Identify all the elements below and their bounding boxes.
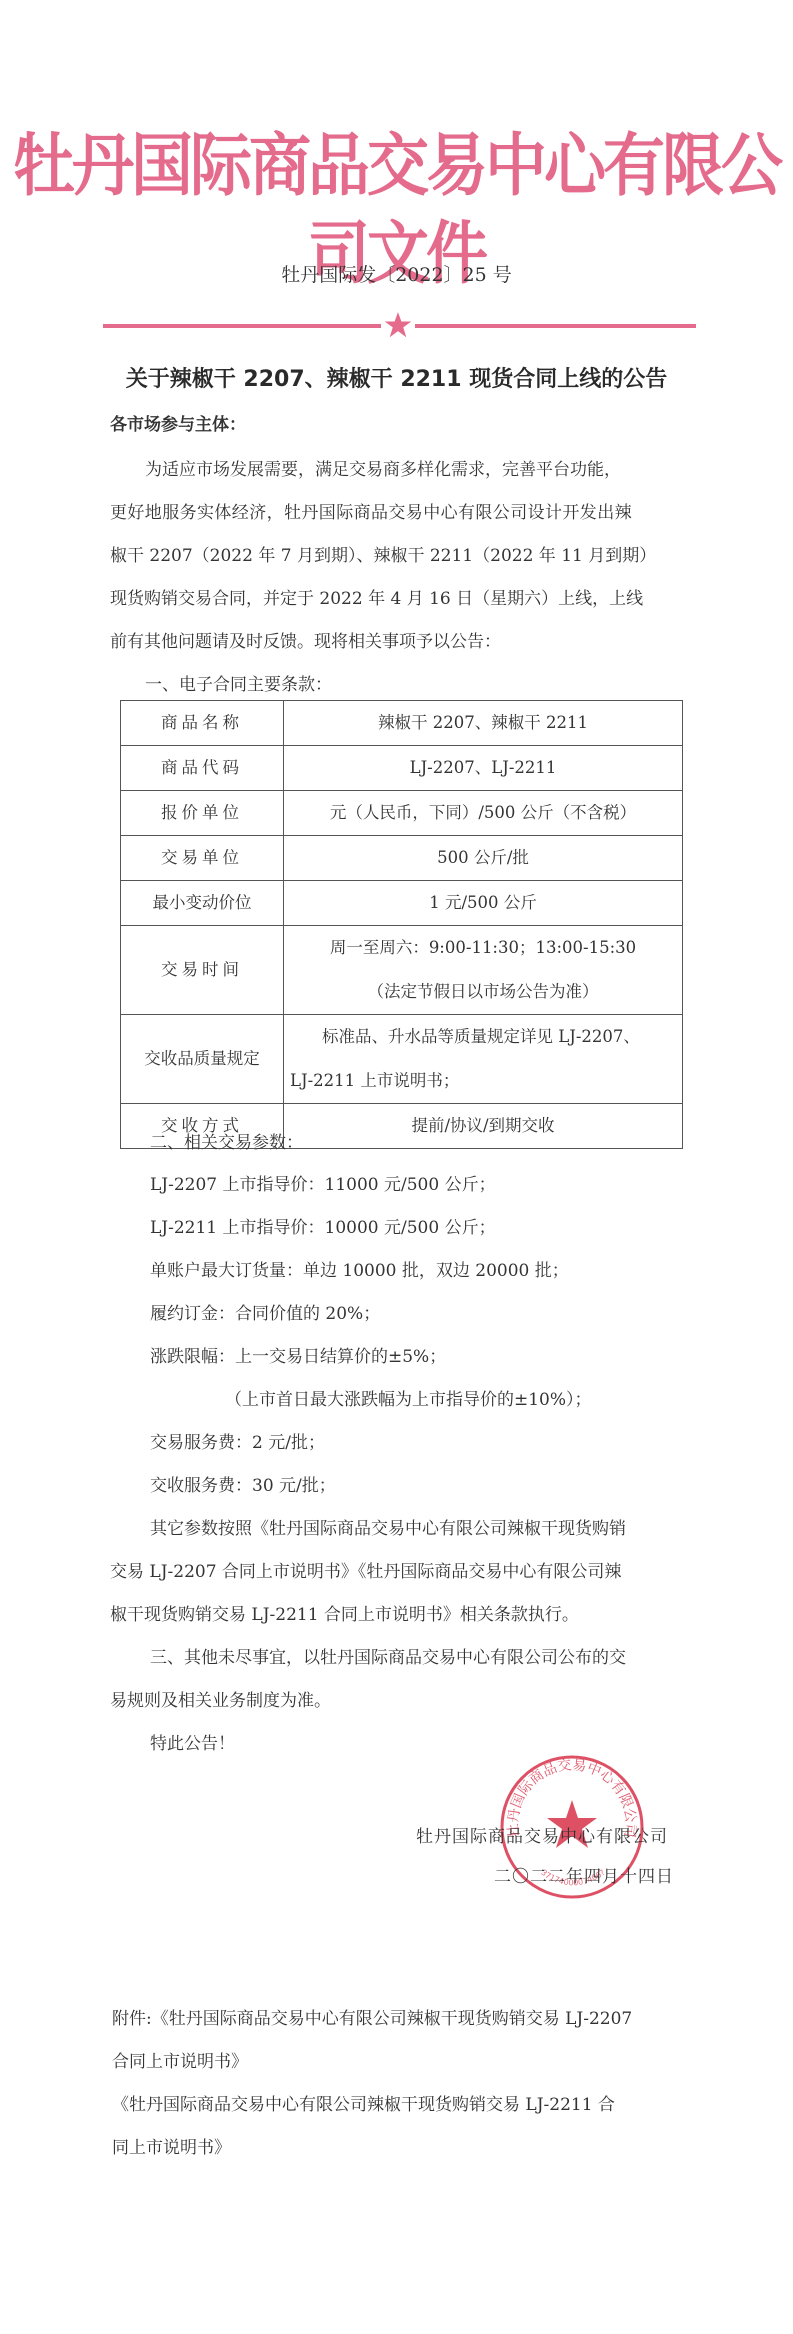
signature-date: 二〇二二年四月十四日 — [494, 1862, 674, 1887]
table-row: 交易时间 周一至周六：9:00-11:30；13:00-15:30 （法定节假日… — [121, 926, 683, 1015]
table-label: 交易时间 — [121, 926, 284, 1015]
param-item: 履约订金：合同价值的 20%； — [150, 1299, 380, 1324]
param-item: 交收服务费：30 元/批； — [150, 1471, 336, 1496]
table-label: 商品代码 — [121, 746, 284, 791]
table-label: 报价单位 — [121, 791, 284, 836]
intro-line: 前有其他问题请及时反馈。现将相关事项予以公告： — [110, 627, 501, 652]
table-label: 交易单位 — [121, 836, 284, 881]
document-number: 牡丹国际发〔2022〕25 号 — [0, 260, 793, 287]
other-params-line: 其它参数按照《牡丹国际商品交易中心有限公司辣椒干现货购销 — [150, 1514, 626, 1539]
param-item: 单账户最大订货量：单边 10000 批，双边 20000 批； — [150, 1256, 569, 1281]
attachment-line: 《牡丹国际商品交易中心有限公司辣椒干现货购销交易 LJ-2211 合 — [112, 2090, 615, 2115]
table-row: 交收品质量规定 标准品、升水品等质量规定详见 LJ-2207、 LJ-2211 … — [121, 1015, 683, 1104]
table-value-line: 周一至周六：9:00-11:30；13:00-15:30 — [290, 926, 676, 970]
param-item: LJ-2207 上市指导价：11000 元/500 公斤； — [150, 1170, 496, 1195]
other-params-line: 椒干现货购销交易 LJ-2211 合同上市说明书》相关条款执行。 — [110, 1600, 579, 1625]
param-item: 涨跌限幅：上一交易日结算价的±5%； — [150, 1342, 446, 1367]
divider-right — [415, 324, 696, 328]
closing-statement: 特此公告！ — [150, 1729, 235, 1754]
intro-line: 现货购销交易合同，并定于 2022 年 4 月 16 日（星期六）上线，上线 — [110, 584, 643, 609]
section3-line: 易规则及相关业务制度为准。 — [110, 1686, 331, 1711]
table-row: 报价单位 元（人民币，下同）/500 公斤（不含税） — [121, 791, 683, 836]
divider-left — [103, 324, 381, 328]
table-row: 交易单位 500 公斤/批 — [121, 836, 683, 881]
document-title: 关于辣椒干 2207、辣椒干 2211 现货合同上线的公告 — [0, 362, 793, 393]
table-value-line: LJ-2211 上市说明书； — [290, 1059, 676, 1103]
attachment-line: 附件:《牡丹国际商品交易中心有限公司辣椒干现货购销交易 LJ-2207 — [112, 2004, 632, 2029]
table-value: 500 公斤/批 — [284, 836, 683, 881]
section3-line: 三、其他未尽事宜，以牡丹国际商品交易中心有限公司公布的交 — [150, 1643, 626, 1668]
param-item: 交易服务费：2 元/批； — [150, 1428, 325, 1453]
intro-line: 为适应市场发展需要，满足交易商多样化需求，完善平台功能， — [145, 455, 621, 480]
table-value: LJ-2207、LJ-2211 — [284, 746, 683, 791]
table-row: 最小变动价位 1 元/500 公斤 — [121, 881, 683, 926]
table-label: 交收品质量规定 — [121, 1015, 284, 1104]
star-icon — [384, 311, 412, 339]
param-item: LJ-2211 上市指导价：10000 元/500 公斤； — [150, 1213, 496, 1238]
attachment-line: 合同上市说明书》 — [112, 2047, 248, 2072]
table-value-line: 标准品、升水品等质量规定详见 LJ-2207、 — [290, 1015, 676, 1059]
section2-heading: 二、相关交易参数： — [150, 1128, 303, 1153]
table-row: 商品名称 辣椒干 2207、辣椒干 2211 — [121, 701, 683, 746]
other-params-line: 交易 LJ-2207 合同上市说明书》《牡丹国际商品交易中心有限公司辣 — [110, 1557, 621, 1582]
table-label: 最小变动价位 — [121, 881, 284, 926]
table-value: 辣椒干 2207、辣椒干 2211 — [284, 701, 683, 746]
section1-heading: 一、电子合同主要条款： — [145, 670, 332, 695]
intro-line: 椒干 2207（2022 年 7 月到期）、辣椒干 2211（2022 年 11… — [110, 541, 656, 566]
signature-org: 牡丹国际商品交易中心有限公司 — [416, 1822, 668, 1847]
table-value: 元（人民币，下同）/500 公斤（不含税） — [284, 791, 683, 836]
table-value: 标准品、升水品等质量规定详见 LJ-2207、 LJ-2211 上市说明书； — [284, 1015, 683, 1104]
contract-terms-table: 商品名称 辣椒干 2207、辣椒干 2211 商品代码 LJ-2207、LJ-2… — [120, 700, 683, 1149]
intro-line: 更好地服务实体经济，牡丹国际商品交易中心有限公司设计开发出辣 — [110, 498, 632, 523]
table-value: 提前/协议/到期交收 — [284, 1104, 683, 1149]
table-value-line: （法定节假日以市场公告为准） — [290, 970, 676, 1014]
table-row: 商品代码 LJ-2207、LJ-2211 — [121, 746, 683, 791]
table-label: 商品名称 — [121, 701, 284, 746]
attachment-line: 同上市说明书》 — [112, 2133, 231, 2158]
table-value: 周一至周六：9:00-11:30；13:00-15:30 （法定节假日以市场公告… — [284, 926, 683, 1015]
table-value: 1 元/500 公斤 — [284, 881, 683, 926]
salutation: 各市场参与主体： — [110, 410, 246, 435]
param-item: （上市首日最大涨跌幅为上市指导价的±10%）； — [225, 1385, 592, 1410]
